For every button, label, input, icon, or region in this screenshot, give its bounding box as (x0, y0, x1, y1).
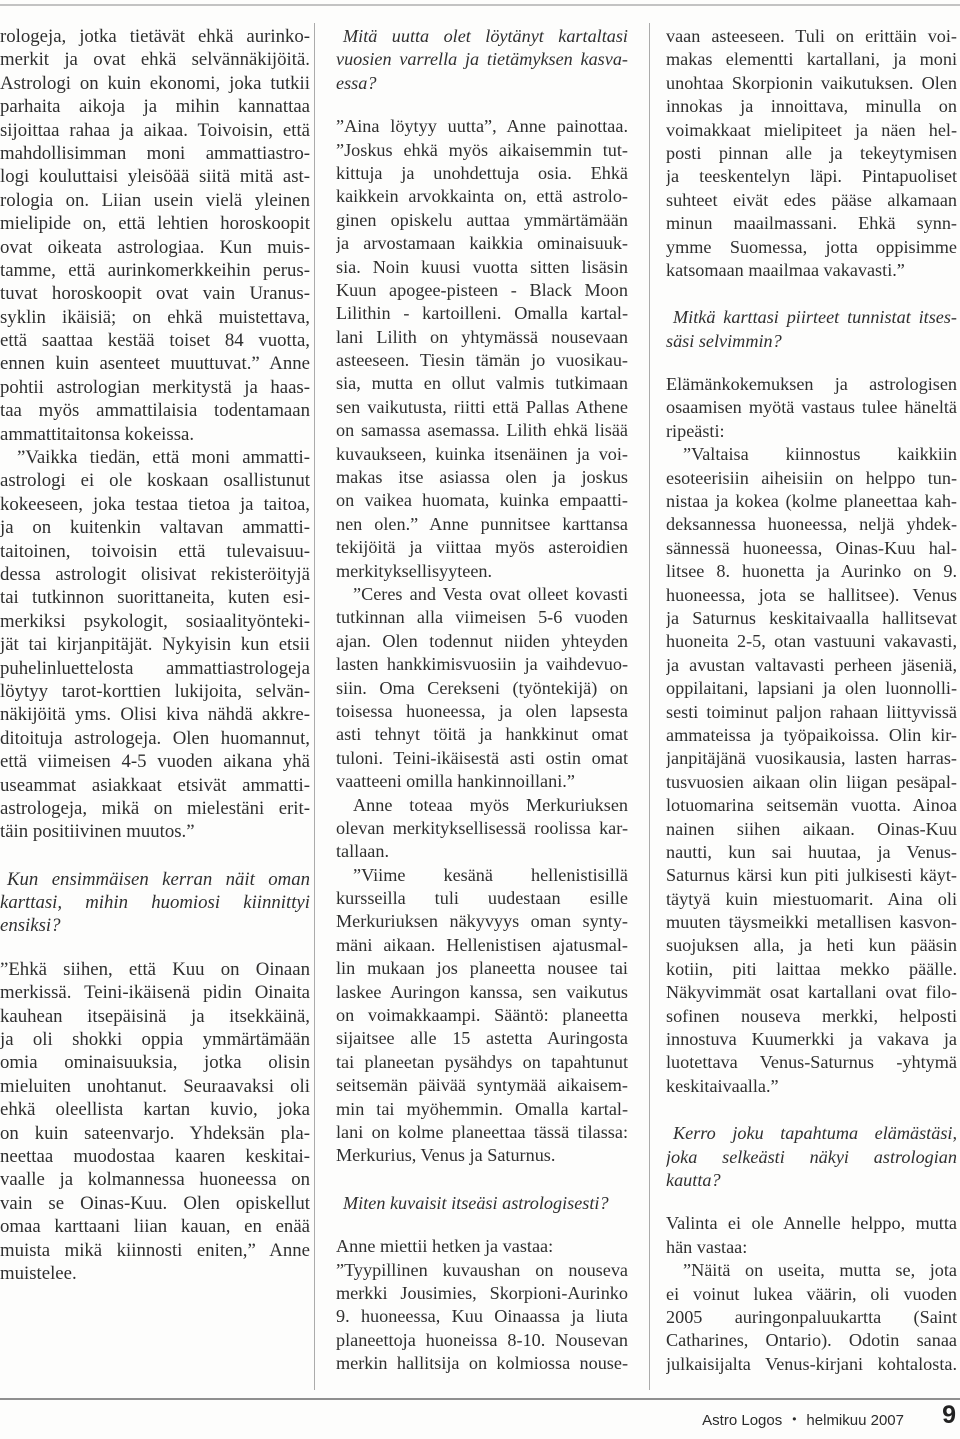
text-line: ei voinut lukea väärin, oli vuoden (666, 1283, 957, 1306)
text-line: merkit ja ovat ehkä selvännäkijöitä. (0, 48, 310, 71)
text-line: sijaitsee alle 15 astetta Auringosta (336, 1027, 628, 1050)
text-line: omaa karttaani liian kauan, en enää (0, 1215, 310, 1238)
text-line: jät tai kirjanpitäjät. Nykyisin kun etsi… (0, 633, 310, 656)
text-line: Valinta ei ole Annelle helppo, mutta (666, 1212, 957, 1235)
text-line: 2005 auringonpaluukartta (Saint (666, 1306, 957, 1329)
text-line: Anne miettii hetken ja vastaa: (336, 1235, 628, 1258)
text-line: kursseilla tuli uudestaan esille (336, 887, 628, 910)
text-line: Lilithin - kartoilleni. Omalla kartal- (336, 302, 628, 325)
text-line: 9. huoneessa, Kuu Oinaassa ja liuta (336, 1305, 628, 1328)
text-line: Kun ensimmäisen kerran näit oman (0, 868, 310, 891)
text-line: merkiksi psykologit, sosiaalityönteki- (0, 610, 310, 633)
text-line: että saattaa kestää toiset 84 vuotta, (0, 329, 310, 352)
text-line: osaamisen myötä vastaus tulee häneltä (666, 396, 957, 419)
text-line: ”Aina löytyy uutta”, Anne painottaa. (336, 115, 628, 138)
text-line: näkijöitä yms. Olisi kiva nähdä akkre- (0, 703, 310, 726)
text-line: tuloni. Teini-ikäisestä asti ostin omat (336, 747, 628, 770)
text-line: merkityksellisyyteen. (336, 560, 628, 583)
text-line: lani on kolme planeettaa tässä tilassa: (336, 1121, 628, 1144)
text-line: kokeeseen, joka testaa tietoa ja taitoa, (0, 493, 310, 516)
text-line: kaikkein arvokkainta on, että astrolo- (336, 185, 628, 208)
text-line: deksannessa huoneessa, neljä yhdek- (666, 513, 957, 536)
text-line: ripeästi: (666, 420, 957, 443)
text-line: laskee Auringon kanssa, sen vaikutus (336, 981, 628, 1004)
text-line: taitoinen, toivoisin että tulevaisuu- (0, 540, 310, 563)
text-line: parhaita aikoja ja mihin kannattaa (0, 95, 310, 118)
text-line: tallaan. (336, 840, 628, 863)
text-line: Miten kuvaisit itseäsi astrologisesti? (336, 1192, 628, 1215)
text-line: Merkurius, Venus ja Saturnus. (336, 1144, 628, 1167)
text-line: ja oli shokki oppia ymmärtämään (0, 1028, 310, 1051)
text-line: tamme, että aurinkomerkkeihin perus- (0, 259, 310, 282)
text-line: tutkinnan alla viimeisen 5-6 vuoden (336, 606, 628, 629)
text-line: sia, mutta en ollut valmis tutkimaan (336, 372, 628, 395)
text-line: astrologi ei ole koskaan osallistunut (0, 469, 310, 492)
bullet-icon: • (792, 1412, 796, 1426)
text-line: on voimakkaampi. Sääntö: planeetta (336, 1004, 628, 1027)
text-line: pohtii astrologian merkitystä ja haas- (0, 376, 310, 399)
text-line: ditoituja astrologeja. Olen huomannut, (0, 727, 310, 750)
text-line: makas itse asiassa olen ja joskus (336, 466, 628, 489)
text-line: huoneita 2-5, otan vastuuni vakavasti, (666, 630, 957, 653)
text-line: sännessä huoneessa, Oinas-Kuu hal- (666, 537, 957, 560)
text-line: lasten hankkimisvuosiin ja vaihdevuo- (336, 653, 628, 676)
text-line: vuosien varrella ja tietämyksen kasva- (336, 48, 628, 71)
text-line: ehkä oleellista kartan kuvio, joka (0, 1098, 310, 1121)
body-paragraph: ”Ceres and Vesta ovat olleet kovastitutk… (336, 583, 628, 794)
text-line: dessa astrologit olisivat rekisteröityjä (0, 563, 310, 586)
text-line: tai planeetan pysähdys on tapahtunut (336, 1051, 628, 1074)
text-line: Catharines, Ontario). Odotin sanaa (666, 1329, 957, 1352)
text-line: sijoittaa rahaa ja aikaa. Toivoisin, ett… (0, 119, 310, 142)
text-line: on vaikea huomata, kuinka empaatti- (336, 489, 628, 512)
text-line: ”Valtaisa kiinnostus kaikkiin (666, 443, 957, 466)
text-line: sia. Noin kuusi vuotta sitten lisäsin (336, 256, 628, 279)
text-line: muistelee. (0, 1262, 310, 1285)
text-line: mielipide on, että lehtien horoskoopit (0, 212, 310, 235)
text-column-3: vaan asteeseen. Tuli on erittäin voi-mak… (666, 0, 957, 1376)
text-line: ja teeskentelyn läpi. Pintapuoliset (666, 165, 957, 188)
body-paragraph: rologeja, jotka tietävät ehkä aurinko-me… (0, 25, 310, 446)
text-line: ovat oikeata astrologiaa. Kun muis- (0, 236, 310, 259)
text-line: neettaa muodostaa kaaren keskitai- (0, 1145, 310, 1168)
text-line: nautti, kun sai huutaa, ja Venus- (666, 841, 957, 864)
text-line: nistaa ja kokea (kolme planeettaa kah- (666, 490, 957, 513)
text-line: rologia on. Liian usein vielä yleinen (0, 189, 310, 212)
text-line: ammateissa ja työpaikoissa. Olin kir- (666, 724, 957, 747)
text-line: Kuun apogee-pisteen - Black Moon (336, 279, 628, 302)
text-line: ja Saturnus keskitaivaalla hallitsevat (666, 607, 957, 630)
text-line: oppilaitani, lapsiani ja olen luonnolli- (666, 677, 957, 700)
text-line: litsee 8. huonetta ja Aurinko on 9. (666, 560, 957, 583)
text-line: ”Ceres and Vesta ovat olleet kovasti (336, 583, 628, 606)
text-line: astrologeja, mikä on mielestäni erit- (0, 797, 310, 820)
text-line: ”Näitä on useita, mutta se, jota (666, 1259, 957, 1282)
text-line: essa? (336, 72, 628, 95)
text-line: on samassa asemassa. Lilith ehkä lisää (336, 419, 628, 442)
body-paragraph: Anne miettii hetken ja vastaa: (336, 1235, 628, 1258)
text-line: Anne toteaa myös Merkuriuksen (336, 794, 628, 817)
text-line: kuvaukseen, kuinka itsenäinen ja voi- (336, 443, 628, 466)
text-line: ja on kuitenkin valtavan ammatti- (0, 516, 310, 539)
body-paragraph: ”Tyypillinen kuvaushan on nousevamerkki … (336, 1259, 628, 1376)
text-line: ja arvostamaan kaikkia ominaisuuk- (336, 232, 628, 255)
text-line: min tai myöhemmin. Omalla kartal- (336, 1098, 628, 1121)
interview-question: Mitkä karttasi piirteet tunnistat itses-… (666, 306, 957, 353)
text-line: useammat asiakkaat etsivät ammatti- (0, 774, 310, 797)
text-line: Astrologi on kuin ekonomi, joka tutkii (0, 72, 310, 95)
interview-question: Mitä uutta olet löytänyt kartaltasivuosi… (336, 25, 628, 95)
text-line: Mitkä karttasi piirteet tunnistat itses- (666, 306, 957, 329)
text-line: toisessa huoneessa, ja olen lapsesta (336, 700, 628, 723)
body-paragraph: Anne toteaa myös Merkuriuksenolevan merk… (336, 794, 628, 864)
text-line: Merkuriuksen näkyvyys oman synty- (336, 910, 628, 933)
text-line: rologeja, jotka tietävät ehkä aurinko- (0, 25, 310, 48)
text-line: janpitäjänä vuosikausia, lasten harras- (666, 747, 957, 770)
text-line: Saturnus kärsi kun piti julkisesti käyt- (666, 864, 957, 887)
text-line: unohtaa Skorpionin vaikutuksen. Olen (666, 72, 957, 95)
text-line: logi kouluttaisi yleisöää siitä mitä ast… (0, 165, 310, 188)
text-line: lani Lilith on yhtymässä nousevaan (336, 326, 628, 349)
text-line: omia ominaisuuksia, jotka olisin (0, 1051, 310, 1074)
text-line: mahdollisimman moni ammattiastro- (0, 142, 310, 165)
text-line: julkaisijalta Venus-kirjani kohtalosta. (666, 1353, 957, 1376)
text-line: suojuksen alla, ja heti kun pääsin (666, 934, 957, 957)
text-line: Kerro joku tapahtuma elämästäsi, (666, 1122, 957, 1145)
body-paragraph: ”Ehkä siihen, että Kuu on Oinaanmerkissä… (0, 958, 310, 1285)
text-line: katsomaan maailmaa vakavasti.” (666, 259, 957, 282)
text-line: syklin ikäisiä; on ehkä muistettava, (0, 306, 310, 329)
text-line: ennen kuin asenteet muuttuvat.” Anne (0, 352, 310, 375)
column-divider (314, 23, 315, 1390)
text-line: että viimeisen 4-5 vuoden aikana yhä (0, 750, 310, 773)
text-line: merkin hallitsija on kolmiossa nouse- (336, 1352, 628, 1375)
text-line: ”Joskus ehkä myös aikaisemmin tut- (336, 139, 628, 162)
text-line: kittuja ja unohdettuja osia. Ehkä (336, 162, 628, 185)
text-line: posti pinnan alle ja tekeytymisen (666, 142, 957, 165)
text-line: muista mikä kiinnosti eniten,” Anne (0, 1239, 310, 1262)
text-line: taa myös ammattilaisia todentamaan (0, 399, 310, 422)
text-line: ymme Suomessa, jotta oppisimme (666, 236, 957, 259)
text-line: asteeseen. Tiesin tämän jo vuosikau- (336, 349, 628, 372)
text-line: luotettava Venus-Saturnus -yhtymä (666, 1051, 957, 1074)
text-line: keskitaivaalla.” (666, 1075, 957, 1098)
text-line: Mitä uutta olet löytänyt kartaltasi (336, 25, 628, 48)
footer-rule (0, 1398, 960, 1400)
text-line: hän vastaa: (666, 1236, 957, 1259)
text-line: tai tutkinnon suorittaneita, kuten esi- (0, 586, 310, 609)
text-line: ”Ehkä siihen, että Kuu on Oinaan (0, 958, 310, 981)
text-line: lotuomarina seitsemän vuotta. Ainoa (666, 794, 957, 817)
text-line: seitsemän päivää syntymää aikaisem- (336, 1074, 628, 1097)
text-line: kotiin, piti laittaa mekko päälle. (666, 958, 957, 981)
text-line: sofinen nouseva merkki, helposti (666, 1005, 957, 1028)
text-line: muuten täysmeikki metallisen kasvon- (666, 911, 957, 934)
journal-title: Astro Logos (702, 1412, 782, 1429)
text-line: merkissä. Teini-ikäisenä pidin Oinaita (0, 981, 310, 1004)
text-line: kautta? (666, 1169, 957, 1192)
text-line: ”Tyypillinen kuvaushan on nouseva (336, 1259, 628, 1282)
page-number: 9 (942, 1401, 956, 1430)
text-line: mäni aikaan. Hellenistisen ajatusmal- (336, 934, 628, 957)
text-line: sen vaikutusta, riitti että Pallas Athen… (336, 396, 628, 419)
text-line: karttasi, mihin huomiosi kiinnittyi (0, 891, 310, 914)
text-line: mieluiten unohtanut. Seuraavaksi oli (0, 1075, 310, 1098)
text-line: on kuin sateenvarjo. Yhdeksän pla- (0, 1122, 310, 1145)
text-line: ammattitaitonsa kokeissa. (0, 423, 310, 446)
text-line: täin positiivinen muutos.” (0, 820, 310, 843)
text-line: joka selkeästi näkyi astrologian (666, 1146, 957, 1169)
text-line: Näkyvimmät osat kartallani ovat filo- (666, 981, 957, 1004)
body-paragraph: ”Näitä on useita, mutta se, jotaei voinu… (666, 1259, 957, 1376)
text-line: olevan merkityksellisessä roolissa kar- (336, 817, 628, 840)
body-paragraph: Valinta ei ole Annelle helppo, muttahän … (666, 1212, 957, 1259)
column-divider (649, 23, 650, 1390)
text-line: tuvat horoskoopit ovat vain Uranus- (0, 282, 310, 305)
text-line: kauhean itsepäisinä ja itsekkäinä, (0, 1005, 310, 1028)
text-line: sesti toiminut paljon rahaan liittyvissä (666, 701, 957, 724)
issue-date: helmikuu 2007 (806, 1412, 904, 1429)
text-line: innostuva Kuumerkki ja vakava ja (666, 1028, 957, 1051)
interview-question: Miten kuvaisit itseäsi astrologisesti? (336, 1192, 628, 1215)
text-line: vain se Oinas-Kuu. Olen opiskellut (0, 1192, 310, 1215)
text-line: planeettoja huoneissa 8-10. Nousevan (336, 1329, 628, 1352)
body-paragraph: ”Vaikka tiedän, että moni ammatti-astrol… (0, 446, 310, 844)
text-line: asti tehnyt töitä ja hankkinut omat (336, 723, 628, 746)
text-line: huoneessa, jota se hallitsee). Venus (666, 584, 957, 607)
text-line: makas elementti kartallani, ja moni (666, 48, 957, 71)
text-column-2: Mitä uutta olet löytänyt kartaltasivuosi… (336, 0, 628, 1375)
body-paragraph: ”Aina löytyy uutta”, Anne painottaa.”Jos… (336, 115, 628, 583)
text-line: innokas ja innoittava, minulla on (666, 95, 957, 118)
text-line: puhelinluettelosta ammattiastrologeja (0, 657, 310, 680)
text-line: tekijöitä ja viittaa myös asteroidien (336, 536, 628, 559)
text-line: ginen opiskelu auttaa ymmärtämään (336, 209, 628, 232)
text-line: tusvuosien aikaan olin liigan pesäpal- (666, 771, 957, 794)
text-line: säsi selvimmin? (666, 330, 957, 353)
body-paragraph: ”Valtaisa kiinnostus kaikkiinesoteerisii… (666, 443, 957, 1098)
text-line: nainen siihen aikaan. Oinas-Kuu (666, 818, 957, 841)
text-line: vaalle ja kolmannessa huoneessa on (0, 1168, 310, 1191)
text-line: ja avustan valtavasti perheen jäseniä, (666, 654, 957, 677)
text-line: vaan asteeseen. Tuli on erittäin voi- (666, 25, 957, 48)
text-line: nen olen.” Anne punnitsee karttansa (336, 513, 628, 536)
body-paragraph: ”Viime kesänä hellenistisilläkursseilla … (336, 864, 628, 1168)
text-line: ensiksi? (0, 914, 310, 937)
page-footer: Astro Logos • helmikuu 2007 (702, 1412, 904, 1429)
text-line: vaatteeni omilla hankinnoillani.” (336, 770, 628, 793)
interview-question: Kerro joku tapahtuma elämästäsi,joka sel… (666, 1122, 957, 1192)
text-line: löytyy tarot-korttien lukijoita, selvän- (0, 680, 310, 703)
text-line: ”Vaikka tiedän, että moni ammatti- (0, 446, 310, 469)
text-line: ajan. Olen todennut niiden yhteyden (336, 630, 628, 653)
text-column-1: rologeja, jotka tietävät ehkä aurinko-me… (0, 0, 310, 1285)
text-line: suhteet eivät edes pääse alkamaan (666, 189, 957, 212)
text-line: esoteerisiin aiheisiin on helppo tun- (666, 467, 957, 490)
text-line: täytyä kuin miestuomarit. Aina oli (666, 888, 957, 911)
text-line: siin. Oma Cerekseni (työntekijä) on (336, 677, 628, 700)
body-paragraph: vaan asteeseen. Tuli on erittäin voi-mak… (666, 25, 957, 282)
body-paragraph: Elämänkokemuksen ja astrologisenosaamise… (666, 373, 957, 443)
text-line: merkki Jousimies, Skorpioni-Aurinko (336, 1282, 628, 1305)
text-line: ”Viime kesänä hellenistisillä (336, 864, 628, 887)
interview-question: Kun ensimmäisen kerran näit omankarttasi… (0, 868, 310, 938)
text-line: minun maailmassani. Ehkä synn- (666, 212, 957, 235)
text-line: voimakkaat mielipiteet ja näen hel- (666, 119, 957, 142)
text-line: Elämänkokemuksen ja astrologisen (666, 373, 957, 396)
text-line: lin mukaan jos planeetta nousee tai (336, 957, 628, 980)
